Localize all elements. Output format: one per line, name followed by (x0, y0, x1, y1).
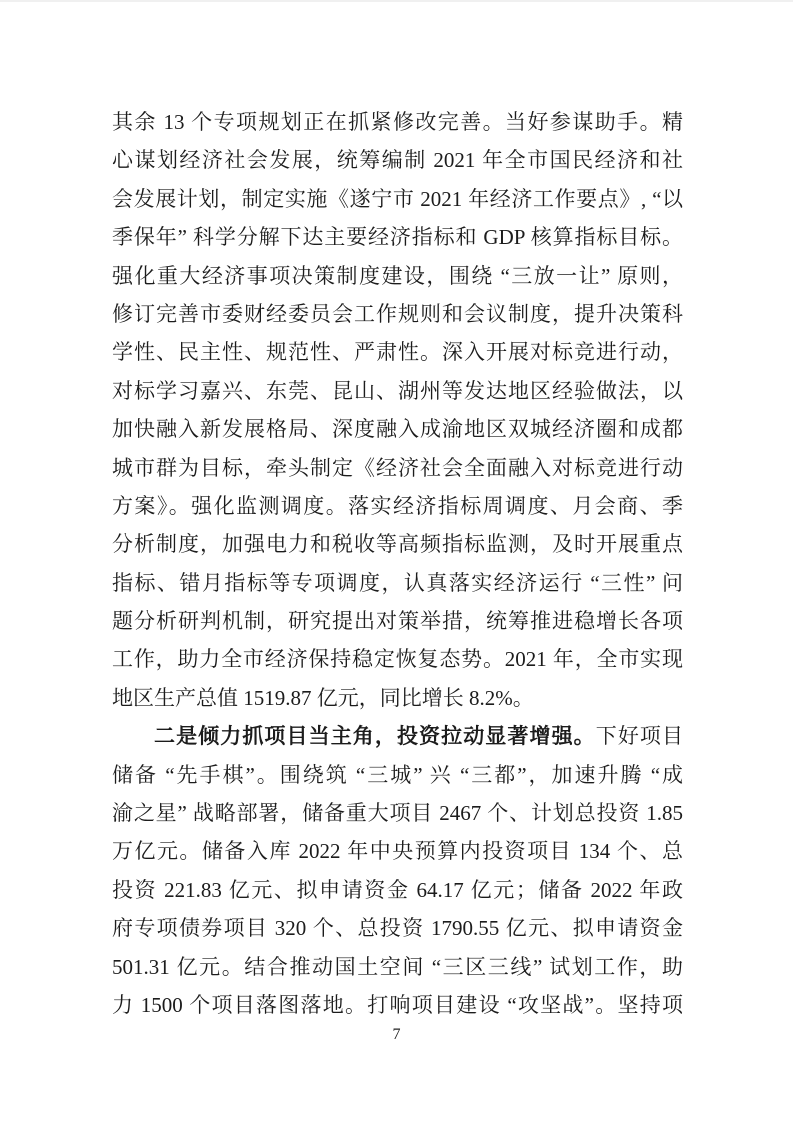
text-line: 指标、错月指标等专项调度，认真落实经济运行 “三性” 问 (112, 564, 683, 602)
text-run: 加快融入新发展格局、深度融入成渝地区双城经济圈和成都 (112, 417, 683, 441)
text-line: 对标学习嘉兴、东莞、昆山、湖州等发达地区经验做法，以 (112, 372, 683, 410)
text-line: 二是倾力抓项目当主角，投资拉动显著增强。下好项目 (112, 717, 683, 755)
document-page: 其余 13 个专项规划正在抓紧修改完善。当好参谋助手。精心谋划经济社会发展，统筹… (0, 0, 793, 1124)
text-run: 心谋划经济社会发展，统筹编制 2021 年全市国民经济和社 (112, 148, 683, 172)
text-line: 修订完善市委财经委员会工作规则和会议制度，提升决策科 (112, 295, 683, 333)
text-line: 投资 221.83 亿元、拟申请资金 64.17 亿元；储备 2022 年政 (112, 871, 683, 909)
text-line: 加快融入新发展格局、深度融入成渝地区双城经济圈和成都 (112, 410, 683, 448)
text-run: 其余 13 个专项规划正在抓紧修改完善。当好参谋助手。精 (112, 110, 683, 134)
text-line: 地区生产总值 1519.87 亿元，同比增长 8.2%。 (112, 679, 683, 717)
text-run: 渝之星” 战略部署，储备重大项目 2467 个、计划总投资 1.85 (112, 801, 683, 825)
text-run: 力 1500 个项目落图落地。打响项目建设 “攻坚战”。坚持项 (112, 993, 683, 1017)
text-line: 府专项债券项目 320 个、总投资 1790.55 亿元、拟申请资金 (112, 909, 683, 947)
bold-text-run: 二是倾力抓项目当主角，投资拉动显著增强。 (154, 724, 596, 748)
text-run: 指标、错月指标等专项调度，认真落实经济运行 “三性” 问 (112, 571, 683, 595)
text-run: 府专项债券项目 320 个、总投资 1790.55 亿元、拟申请资金 (112, 916, 683, 940)
text-line: 题分析研判机制，研究提出对策举措，统筹推进稳增长各项 (112, 602, 683, 640)
text-run: 学性、民主性、规范性、严肃性。深入开展对标竞进行动， (112, 340, 683, 364)
text-run: 方案》。强化监测调度。落实经济指标周调度、月会商、季 (112, 494, 683, 518)
text-run: 对标学习嘉兴、东莞、昆山、湖州等发达地区经验做法，以 (112, 379, 683, 403)
text-run: 地区生产总值 1519.87 亿元，同比增长 8.2%。 (112, 686, 534, 710)
text-line: 城市群为目标，牵头制定《经济社会全面融入对标竞进行动 (112, 449, 683, 487)
text-line: 储备 “先手棋”。围绕筑 “三城” 兴 “三都”，加速升腾 “成 (112, 756, 683, 794)
text-line: 方案》。强化监测调度。落实经济指标周调度、月会商、季 (112, 487, 683, 525)
text-run: 城市群为目标，牵头制定《经济社会全面融入对标竞进行动 (112, 456, 683, 480)
text-line: 季保年” 科学分解下达主要经济指标和 GDP 核算指标目标。 (112, 218, 683, 256)
text-line: 501.31 亿元。结合推动国土空间 “三区三线” 试划工作，助 (112, 948, 683, 986)
page-number: 7 (0, 1025, 793, 1045)
text-line: 渝之星” 战略部署，储备重大项目 2467 个、计划总投资 1.85 (112, 794, 683, 832)
text-run: 501.31 亿元。结合推动国土空间 “三区三线” 试划工作，助 (112, 955, 683, 979)
text-run: 万亿元。储备入库 2022 年中央预算内投资项目 134 个、总 (112, 839, 683, 863)
text-run: 下好项目 (596, 724, 683, 748)
text-line: 心谋划经济社会发展，统筹编制 2021 年全市国民经济和社 (112, 141, 683, 179)
text-line: 会发展计划，制定实施《遂宁市 2021 年经济工作要点》, “以 (112, 180, 683, 218)
text-run: 题分析研判机制，研究提出对策举措，统筹推进稳增长各项 (112, 609, 683, 633)
text-line: 分析制度，加强电力和税收等高频指标监测，及时开展重点 (112, 525, 683, 563)
text-line: 强化重大经济事项决策制度建设，围绕 “三放一让” 原则， (112, 257, 683, 295)
text-run: 工作，助力全市经济保持稳定恢复态势。2021 年，全市实现 (112, 647, 683, 671)
text-line: 学性、民主性、规范性、严肃性。深入开展对标竞进行动， (112, 333, 683, 371)
text-run: 修订完善市委财经委员会工作规则和会议制度，提升决策科 (112, 302, 683, 326)
text-run: 强化重大经济事项决策制度建设，围绕 “三放一让” 原则， (112, 264, 683, 288)
text-run: 投资 221.83 亿元、拟申请资金 64.17 亿元；储备 2022 年政 (112, 878, 683, 902)
text-run: 储备 “先手棋”。围绕筑 “三城” 兴 “三都”，加速升腾 “成 (112, 763, 683, 787)
text-line: 其余 13 个专项规划正在抓紧修改完善。当好参谋助手。精 (112, 103, 683, 141)
body-text: 其余 13 个专项规划正在抓紧修改完善。当好参谋助手。精心谋划经济社会发展，统筹… (112, 103, 683, 1024)
text-line: 力 1500 个项目落图落地。打响项目建设 “攻坚战”。坚持项 (112, 986, 683, 1024)
text-line: 万亿元。储备入库 2022 年中央预算内投资项目 134 个、总 (112, 832, 683, 870)
text-run: 季保年” 科学分解下达主要经济指标和 GDP 核算指标目标。 (112, 225, 683, 249)
text-run: 会发展计划，制定实施《遂宁市 2021 年经济工作要点》, “以 (112, 187, 683, 211)
text-line: 工作，助力全市经济保持稳定恢复态势。2021 年，全市实现 (112, 640, 683, 678)
text-run: 分析制度，加强电力和税收等高频指标监测，及时开展重点 (112, 532, 683, 556)
